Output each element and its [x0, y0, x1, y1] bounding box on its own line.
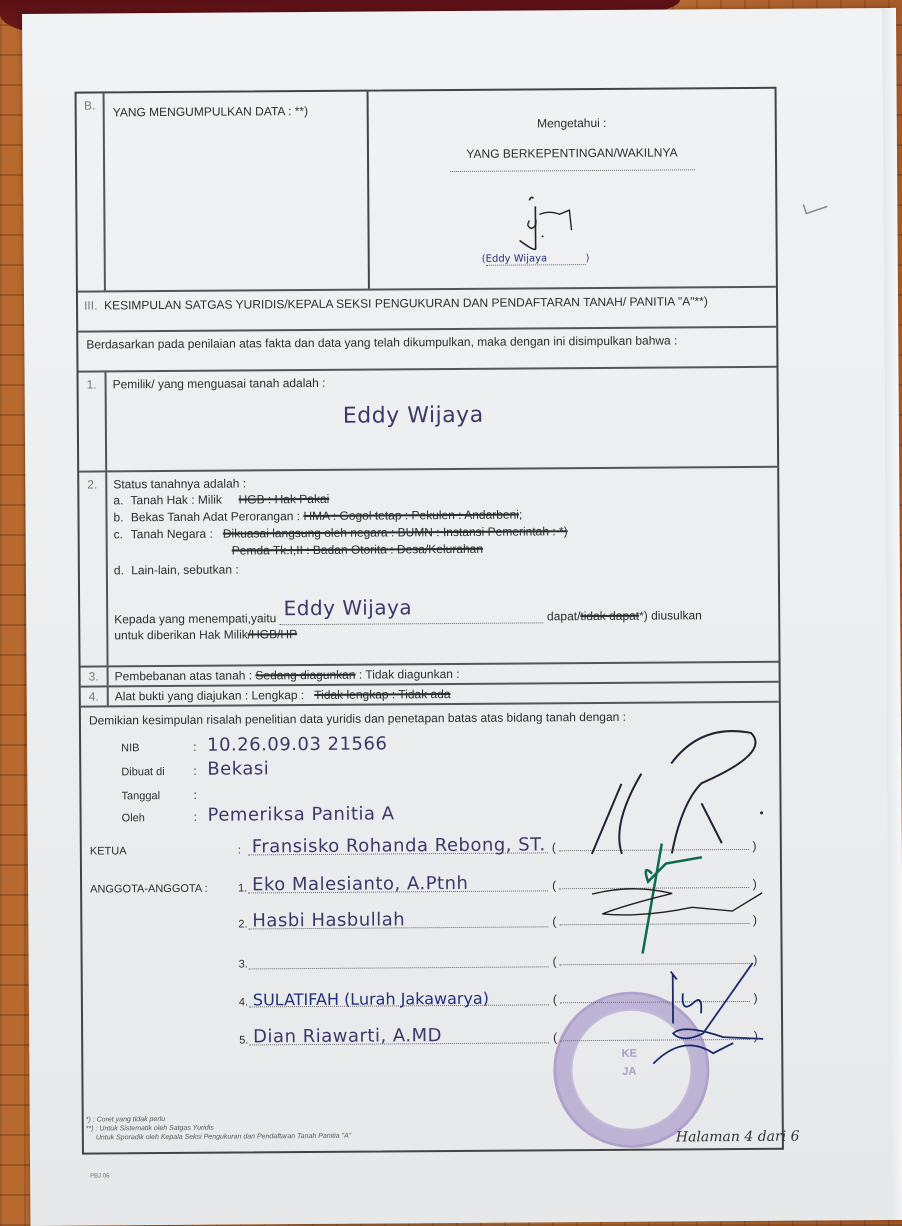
- collector-cell: YANG MENGUMPULKAN DATA : **): [103, 92, 370, 291]
- struck-text: Dikuasai langsung oleh negara : BUMN : I…: [223, 524, 568, 540]
- struck-text: HGB : Hak Pakai: [239, 492, 330, 507]
- member-row-1: ANGGOTA-ANGGOTA : 1. Eko Malesianto, A.P…: [90, 867, 770, 898]
- item-owner: 1. Pemilik/ yang menguasai tanah adalah …: [79, 368, 778, 473]
- signer-name: Eddy Wijaya: [486, 253, 548, 264]
- section-iii-header: III. KESIMPULAN SATGAS YURIDIS/KEPALA SE…: [78, 288, 776, 333]
- status-a: a. Tanah Hak : Milik HGB : Hak Pakai: [113, 489, 771, 509]
- member-row-3: 3. ( ): [91, 943, 771, 974]
- status-c: c. Tanah Negara : Dikuasai langsung oleh…: [114, 523, 772, 543]
- field-tanggal: Tanggal:: [121, 783, 207, 805]
- struck-text: HMA : Gogol tetap : Pekulen : Andarbeni: [303, 508, 519, 524]
- item-2-number: 2.: [79, 472, 108, 665]
- form-code: PBJ 06: [90, 1173, 109, 1179]
- section-iii-number: III.: [84, 298, 97, 312]
- section-b-number: B.: [77, 93, 106, 290]
- occupant-statement: Kepada yang menempati,yaitu Eddy Wijaya …: [114, 608, 772, 643]
- page-number: Halaman 4 dari 6: [676, 1129, 800, 1146]
- item-4-number: 4.: [81, 687, 109, 705]
- chair-row: KETUA : Fransisko Rohanda Rebong, ST. ( …: [90, 829, 770, 860]
- member-row-2: 2. Hasbi Hasbullah ( ): [90, 903, 770, 934]
- signature-eddy: [509, 190, 599, 261]
- closing-intro: Demikian kesimpulan risalah penelitian d…: [89, 710, 626, 728]
- acknowledge-signer: (Eddy Wijaya): [482, 253, 632, 266]
- section-b: B. YANG MENGUMPULKAN DATA : **) Mengetah…: [77, 89, 776, 293]
- owner-handwritten: Eddy Wijaya: [343, 403, 484, 429]
- document-page: B. YANG MENGUMPULKAN DATA : **) Mengetah…: [22, 8, 902, 1226]
- acknowledge-cell: Mengetahui : YANG BERKEPENTINGAN/WAKILNY…: [369, 89, 776, 289]
- closing-section: Demikian kesimpulan risalah penelitian d…: [81, 703, 782, 1153]
- field-dibuat-di: Dibuat di:Bekasi: [121, 758, 269, 780]
- status-d: d. Lain-lain, sebutkan :: [114, 559, 772, 579]
- acknowledge-label: Mengetahui :: [369, 115, 775, 132]
- form-table: B. YANG MENGUMPULKAN DATA : **) Mengetah…: [75, 87, 784, 1155]
- item-land-status: 2. Status tanahnya adalah : a. Tanah Hak…: [79, 468, 778, 668]
- dotted-line: [450, 165, 695, 172]
- collector-title: YANG MENGUMPULKAN DATA : **): [103, 92, 367, 120]
- occupant-handwritten: Eddy Wijaya: [284, 595, 413, 620]
- owner-label: Pemilik/ yang menguasai tanah adalah :: [113, 373, 771, 392]
- stamp-text: KEJA: [594, 1045, 664, 1081]
- item-1-number: 1.: [79, 372, 108, 470]
- field-nib: NIB:10.26.09.03 21566: [121, 733, 387, 756]
- item-3-number: 3.: [81, 667, 109, 685]
- chair-name: Fransisko Rohanda Rebong, ST.: [252, 834, 546, 857]
- struck-text: Pemda Tk.I,II : Badan Otorita : Desa/Kel…: [232, 542, 483, 558]
- footnotes: *) : Coret yang tidak perlu **) : Untuk …: [86, 1114, 352, 1143]
- official-stamp: KEJA: [553, 991, 710, 1148]
- status-b: b. Bekas Tanah Adat Perorangan : HMA : G…: [113, 506, 771, 526]
- section-iii-intro: Berdasarkan pada penilaian atas fakta da…: [78, 328, 776, 373]
- acknowledge-party: YANG BERKEPENTINGAN/WAKILNYA: [369, 145, 775, 162]
- section-iii-title: KESIMPULAN SATGAS YURIDIS/KEPALA SEKSI P…: [86, 294, 768, 313]
- field-oleh: Oleh:Pemeriksa Panitia A: [122, 803, 395, 826]
- paren-close: ): [586, 253, 590, 264]
- check-mark-icon: [801, 200, 831, 220]
- status-c-cont: Pemda Tk.I,II : Badan Otorita : Desa/Kel…: [114, 540, 772, 560]
